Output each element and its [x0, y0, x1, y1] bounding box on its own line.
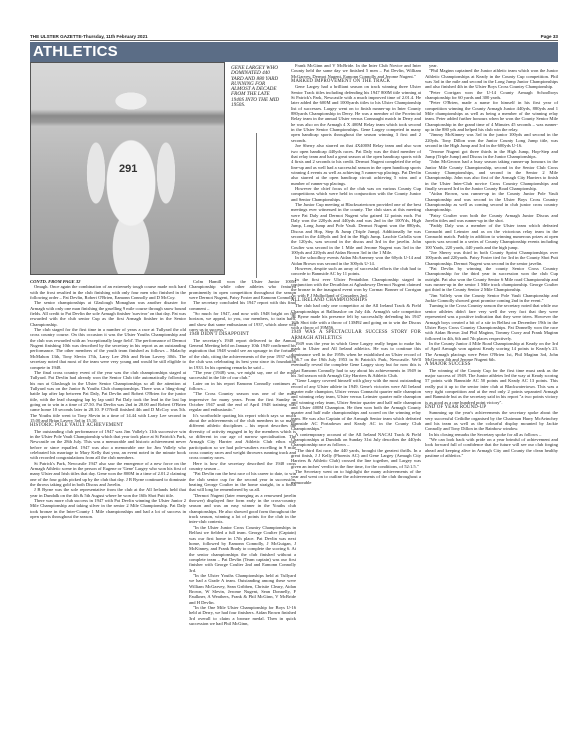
paragraph: Turning to the Cross Country season the … [425, 303, 558, 340]
paragraph: "Pat Devlin by winning the county Senior… [425, 266, 558, 293]
paragraph: Summing up the year's achievements the s… [425, 410, 558, 431]
article-column-4: year."Phil Maginn captained the Junior a… [425, 63, 558, 458]
paragraph: The secretary's 1948 report delivered to… [189, 338, 296, 370]
paragraph: However, despite such an array of succes… [291, 266, 421, 277]
column-divider [256, 133, 257, 278]
paragraph: In the County Junior 4 Mile Road Champio… [425, 341, 558, 362]
paragraph: Colm Hamill won the Ulster Junior 100M C… [189, 279, 296, 300]
paragraph: "Joe Sherry was third in both County Spr… [425, 250, 558, 266]
paragraph: "Jimmy McKinney was 3rd in the junior 10… [425, 132, 558, 148]
paragraph: A contemporary account of the All Irelan… [291, 432, 421, 448]
subheading: 1949 WAS A SPECTACULAR SUCCESS STORY FOR… [291, 330, 421, 341]
paragraph: 1949 was the year in which Gene Largey r… [291, 341, 421, 378]
paragraph: "In the One Mile Ulster Championship for… [189, 605, 296, 626]
section-title: ATHLETICS [33, 43, 118, 60]
paragraph: "Dermot Nugent (later emerging as a reno… [189, 493, 296, 525]
section-banner: ATHLETICS [30, 42, 558, 62]
article-photo: 291 [30, 62, 225, 275]
paragraph: "In the Ulster Junior Cross Country Cham… [189, 525, 296, 573]
paragraph: "The year (1948) was, we might say, one … [189, 370, 296, 381]
paragraph: J B Byrne was the sole representative fr… [30, 487, 186, 498]
paragraph: The senior championships at Glaslough Mo… [30, 300, 186, 327]
article-column-2: Colm Hamill won the Ulster Junior 100M C… [189, 279, 296, 626]
paragraph: "Gene Largey covered himself with glory … [291, 378, 421, 431]
header-rule [30, 40, 558, 41]
paragraph: Here is how the secretary described the … [189, 461, 296, 472]
bib-number: 291 [119, 163, 137, 175]
paragraph: In the schoolboy events Aidan McAnerney … [291, 255, 421, 266]
paragraph: "So much for 1947, and now with 1948 bri… [189, 311, 296, 332]
publication-line: THE ULSTER GAZETTE-Thursday, 11th Februa… [30, 34, 148, 39]
paragraph: The Junior Cup meeting at Blackwatertown… [291, 202, 421, 255]
paragraph: "The third flat race, the 440 yards, bro… [291, 448, 421, 469]
paragraph: "Jerome Nugent got three thirds in the H… [425, 149, 558, 160]
paragraph: Joe Sherry also starred on that 4X400M R… [291, 143, 421, 186]
page-number: Page 33 [541, 34, 558, 39]
paragraph: The winning of the County Cup for the fi… [425, 368, 558, 405]
paragraph: "The Cross Country season was one of the… [189, 391, 296, 412]
paragraph: However the chief focus of the club was … [291, 186, 421, 202]
paragraph: "Peter Corrigan won the U-14 County Arma… [425, 90, 558, 101]
paragraph: "John McGeown had a busy season taking r… [425, 159, 558, 191]
paragraph: St Patrick's Park, Newcastle 1947 also s… [30, 461, 186, 488]
paragraph: The secretary concluded his 1947 report … [189, 300, 296, 311]
paragraph: The club had only one competitor at the … [291, 303, 421, 330]
paragraph: "Aidan Brown, was runner-up in the Count… [425, 191, 558, 212]
paragraph: In the first ever Ulster Pentathlon Cham… [291, 277, 421, 298]
paragraph: The Secretary went on to highlight the m… [291, 469, 421, 485]
paragraph: There was more club success in 1947 with… [30, 498, 186, 519]
article-column-1: CONTD. FROM PAGE 32Omagh. Once again the… [30, 279, 186, 519]
article-column-3: Frank McGinn and V McBride. In the Inter… [291, 63, 421, 485]
paragraph: "Phil Maginn captained the Junior athlet… [425, 68, 558, 89]
paragraph: "Pat Devlin ran the best race of his car… [189, 471, 296, 492]
paragraph: Omagh. Once again the combination of an … [30, 284, 186, 300]
paragraph: "In the Ulster Youths Championships held… [189, 573, 296, 605]
paragraph: The club staged for the first time in a … [30, 327, 186, 370]
paragraph: Gene Largey had a brilliant season on tr… [291, 84, 421, 143]
paragraph: It's worthwhile quoting his report which… [189, 413, 296, 461]
paragraph: The outstanding club performance of 1947… [30, 429, 186, 461]
paragraph: Later on in his report Eamonn Connolly c… [189, 381, 296, 392]
paragraph: "Patsy Coulter won both the County Armag… [425, 213, 558, 224]
paragraph: "Jim Vallely won the County Senior Pole … [425, 293, 558, 304]
paragraph: "We can look back with pride on a year b… [425, 437, 558, 458]
paragraph: Frank McGinn and V McBride. In the Inter… [291, 63, 421, 79]
paragraph: "Paddy Daly was a member of the Ulster t… [425, 223, 558, 250]
paragraph: "Peter O'Brien, made a name for himself … [425, 100, 558, 132]
paragraph: The final cross country event of the yea… [30, 370, 186, 423]
photo-caption: Gene Largey who dominated 440 yard and 8… [231, 66, 281, 108]
